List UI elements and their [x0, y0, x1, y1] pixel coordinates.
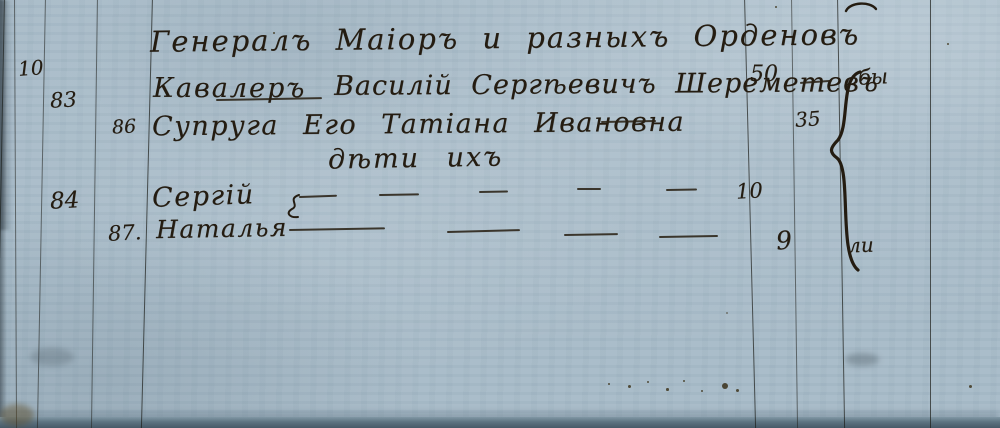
margin-note-top: бы — [857, 66, 888, 89]
ink-spot — [775, 6, 777, 8]
blank-dash — [299, 195, 337, 199]
entry-person-name: Сергій — [152, 181, 255, 212]
entry-person-name: Василій Сергѣевичъ Шереметевъ — [334, 69, 879, 100]
age-female-value: 35 — [794, 108, 821, 130]
children-heading: дѣти ихъ — [328, 143, 504, 173]
ink-spot — [736, 389, 739, 392]
household-number: 10 — [17, 57, 44, 79]
ink-spot — [726, 312, 728, 314]
entry-person-name: Супруга Его Татіана Ивановна — [152, 109, 685, 141]
ink-spot — [666, 388, 669, 391]
age-male-value: 10 — [735, 180, 763, 202]
blank-dash — [379, 193, 419, 196]
blank-dash — [564, 233, 618, 236]
ink-spot — [969, 385, 972, 388]
blank-dash — [659, 235, 718, 238]
ink-spot — [683, 380, 685, 382]
row-ref-number: 84 — [49, 189, 79, 214]
ink-spot — [701, 390, 703, 392]
ink-spot — [647, 381, 649, 383]
row-ref-number: 87. — [107, 222, 141, 245]
ink-spot — [947, 43, 949, 45]
entry-title-line: Генералъ Маіоръ и разныхъ Орденовъ — [150, 20, 860, 56]
paper-stain — [30, 348, 74, 366]
pencil-smudge — [845, 353, 879, 366]
ink-spot — [608, 383, 610, 385]
age-male-value: 50 — [750, 64, 778, 86]
margin-note-bottom: ли — [848, 235, 874, 256]
blank-dash — [447, 229, 520, 233]
blank-dash — [289, 227, 385, 231]
ledger-page-scan: 10 83 86 84 87. Генералъ Маіоръ и разных… — [0, 0, 1000, 428]
ink-spot — [628, 385, 631, 388]
row-ref-number: 86 — [112, 117, 137, 137]
age-female-value: 9 — [775, 227, 793, 253]
row-ref-number: 83 — [49, 89, 77, 111]
blank-dash — [666, 188, 697, 191]
corner-stain — [0, 404, 34, 426]
entry-person-name: Наталья — [156, 215, 288, 242]
ruled-line — [930, 0, 931, 428]
blank-dash — [577, 188, 601, 190]
ruled-line — [141, 0, 154, 428]
brace-tail-icon — [843, 0, 879, 12]
ruled-line — [791, 0, 798, 428]
ink-blot — [722, 383, 728, 389]
ink-spot — [273, 32, 275, 34]
blank-dash — [479, 190, 508, 193]
page-bottom-fold-shadow — [0, 417, 1000, 428]
ruled-line — [91, 0, 98, 428]
